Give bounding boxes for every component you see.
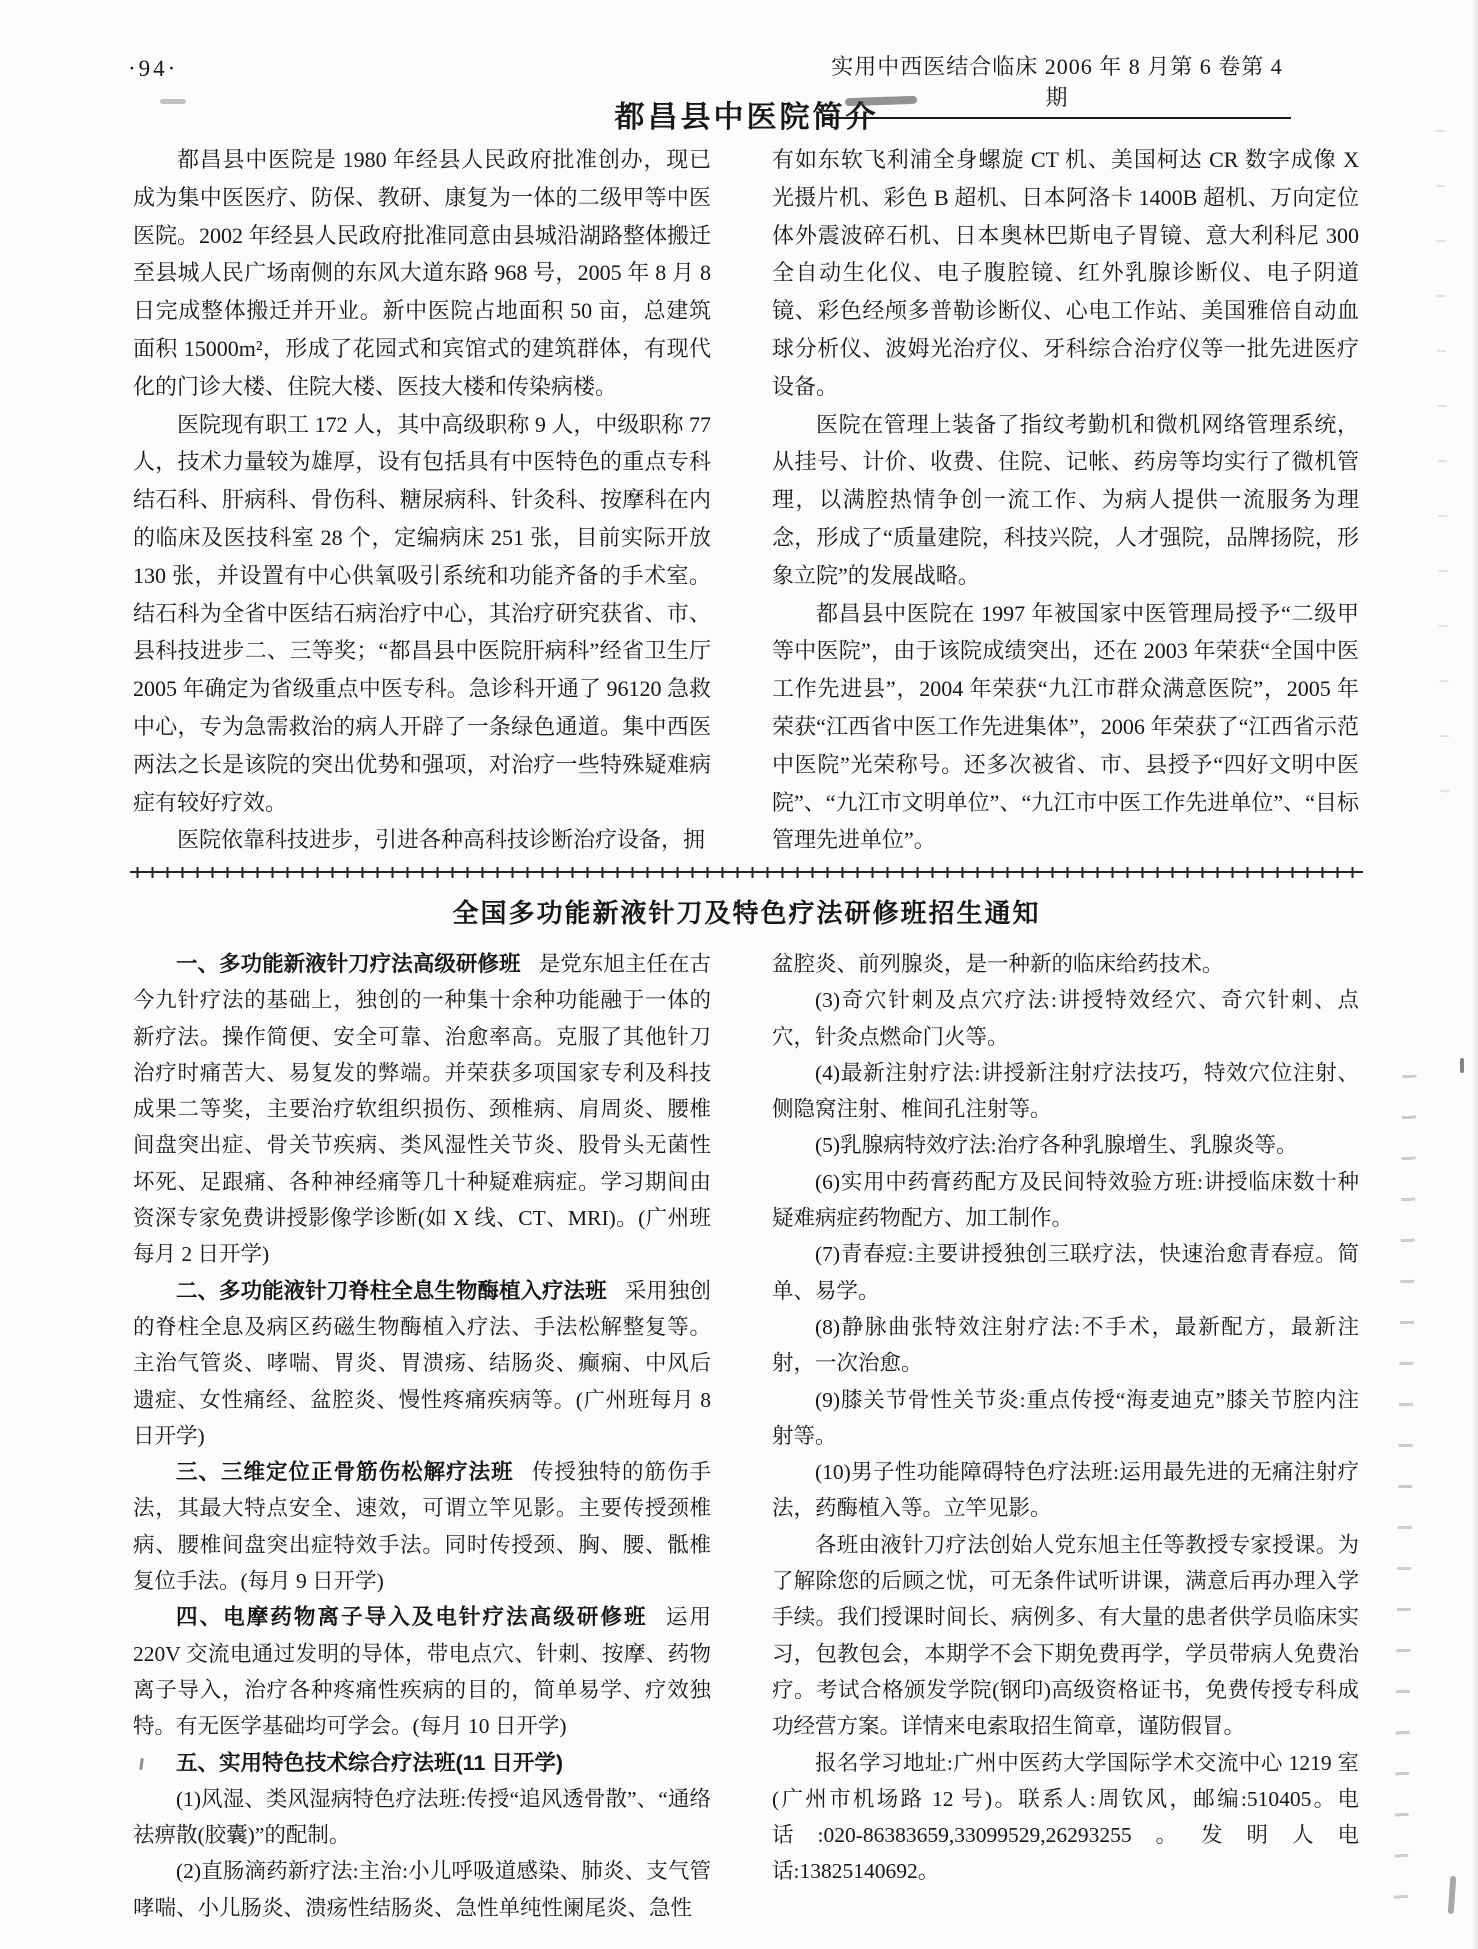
paragraph: 四、电摩药物离子导入及电针疗法高级研修班运用 220V 交流电通过发明的导体，带… [133,1599,711,1744]
paragraph: 一、多功能新液针刀疗法高级研修班是党东旭主任在古今九针疗法的基础上，独创的一种集… [133,946,711,1273]
paragraph-text: (2)直肠滴药新疗法:主治:小儿呼吸道感染、肺炎、支气管哮喘、小儿肠炎、溃疡性结… [133,1859,711,1919]
paragraph: 医院依靠科技进步，引进各种高科技诊断治疗设备，拥 [133,821,711,859]
paragraph-text: 是党东旭主任在古今九针疗法的基础上，独创的一种集十余种功能融于一体的新疗法。操作… [133,952,711,1266]
paragraph: (3)奇穴针刺及点穴疗法:讲授特效经穴、奇穴针刺、点穴，针灸点燃命门火等。 [772,982,1359,1055]
scan-artifact [1448,1876,1457,1914]
article1-title: 都昌县中医院简介 [133,92,1360,136]
paragraph: (4)最新注射疗法:讲授新注射疗法技巧，特效穴位注射、侧隐窝注射、椎间孔注射等。 [772,1055,1359,1128]
page-number: ·94· [128,56,178,82]
paragraph-head: 二、多功能液针刀脊柱全息生物酶植入疗法班 [176,1279,607,1303]
paragraph: 二、多功能液针刀脊柱全息生物酶植入疗法班采用独创的脊柱全息及病区药磁生物酶植入疗… [133,1273,711,1454]
paragraph: (9)膝关节骨性关节炎:重点传授“海麦迪克”膝关节腔内注射等。 [772,1382,1359,1455]
paragraph: 三、三维定位正骨筋伤松解疗法班传授独特的筋伤手法，其最大特点安全、速效，可谓立竿… [133,1454,711,1599]
paragraph: (5)乳腺病特效疗法:治疗各种乳腺增生、乳腺炎等。 [772,1127,1359,1163]
paragraph: (7)青春痘:主要讲授独创三联疗法，快速治愈青春痘。简单、易学。 [772,1236,1359,1309]
journal-page: ·94· 实用中西医结合临床 2006 年 8 月第 6 卷第 4 期 都昌县中… [0,0,1478,1949]
paragraph-text: (1)风湿、类风湿病特色疗法班:传授“追风透骨散”、“通络祛痹散(胶囊)”的配制… [133,1787,711,1847]
paragraph-text: 采用独创的脊柱全息及病区药磁生物酶植入疗法、手法松解整复等。主治气管炎、哮喘、胃… [133,1279,711,1448]
paragraph: (2)直肠滴药新疗法:主治:小儿呼吸道感染、肺炎、支气管哮喘、小儿肠炎、溃疡性结… [133,1853,711,1926]
paragraph: 都昌县中医院是 1980 年经县人民政府批准创办，现已成为集中医医疗、防保、教研… [133,141,711,406]
paragraph: (8)静脉曲张特效注射疗法:不手术，最新配方，最新注射，一次治愈。 [772,1309,1359,1382]
article2-title: 全国多功能新液针刀及特色疗法研修班招生通知 [133,893,1360,930]
paragraph-head: 三、三维定位正骨筋伤松解疗法班 [176,1460,514,1484]
paragraph-head: 五、实用特色技术综合疗法班(11 日开学) [176,1751,563,1775]
scan-artifact [1460,1058,1464,1073]
scan-artifact [1393,1075,1416,1935]
article2-right-column: 盆腔炎、前列腺炎，是一种新的临床给药技术。 (3)奇穴针刺及点穴疗法:讲授特效经… [772,946,1359,1890]
paragraph: 医院现有职工 172 人，其中高级职称 9 人，中级职称 77 人，技术力量较为… [133,406,711,822]
scan-edge-shadow [1471,0,1478,1949]
paragraph: 医院在管理上装备了指纹考勤机和微机网络管理系统，从挂号、计价、收费、住院、记帐、… [772,406,1359,595]
paragraph-continuation: 盆腔炎、前列腺炎，是一种新的临床给药技术。 [772,946,1359,982]
paragraph: 都昌县中医院在 1997 年被国家中医管理局授予“二级甲等中医院”，由于该院成绩… [772,595,1359,860]
section-divider [130,867,1363,878]
paragraph: 报名学习地址:广州中医药大学国际学术交流中心 1219 室(广州市机场路 12 … [772,1745,1359,1890]
article2-left-column: 一、多功能新液针刀疗法高级研修班是党东旭主任在古今九针疗法的基础上，独创的一种集… [133,946,711,1926]
paragraph: 各班由液针刀疗法创始人党东旭主任等教授专家授课。为了解除您的后顾之忧，可无条件试… [772,1527,1359,1745]
article1-right-column: 有如东软飞利浦全身螺旋 CT 机、美国柯达 CR 数字成像 X 光摄片机、彩色 … [772,141,1359,859]
paragraph: 五、实用特色技术综合疗法班(11 日开学) [133,1745,711,1781]
scan-artifact [1436,130,1450,810]
paragraph-head: 一、多功能新液针刀疗法高级研修班 [176,952,521,976]
article1-left-column: 都昌县中医院是 1980 年经县人民政府批准创办，现已成为集中医医疗、防保、教研… [133,141,711,859]
paragraph: (6)实用中药膏药配方及民间特效验方班:讲授临床数十种疑难病症药物配方、加工制作… [772,1164,1359,1237]
paragraph: (1)风湿、类风湿病特色疗法班:传授“追风透骨散”、“通络祛痹散(胶囊)”的配制… [133,1781,711,1854]
paragraph: (10)男子性功能障碍特色疗法班:运用最先进的无痛注射疗法，药酶植入等。立竿见影… [772,1454,1359,1527]
paragraph-head: 四、电摩药物离子导入及电针疗法高级研修班 [176,1605,648,1629]
paragraph-continuation: 有如东软飞利浦全身螺旋 CT 机、美国柯达 CR 数字成像 X 光摄片机、彩色 … [772,141,1359,406]
